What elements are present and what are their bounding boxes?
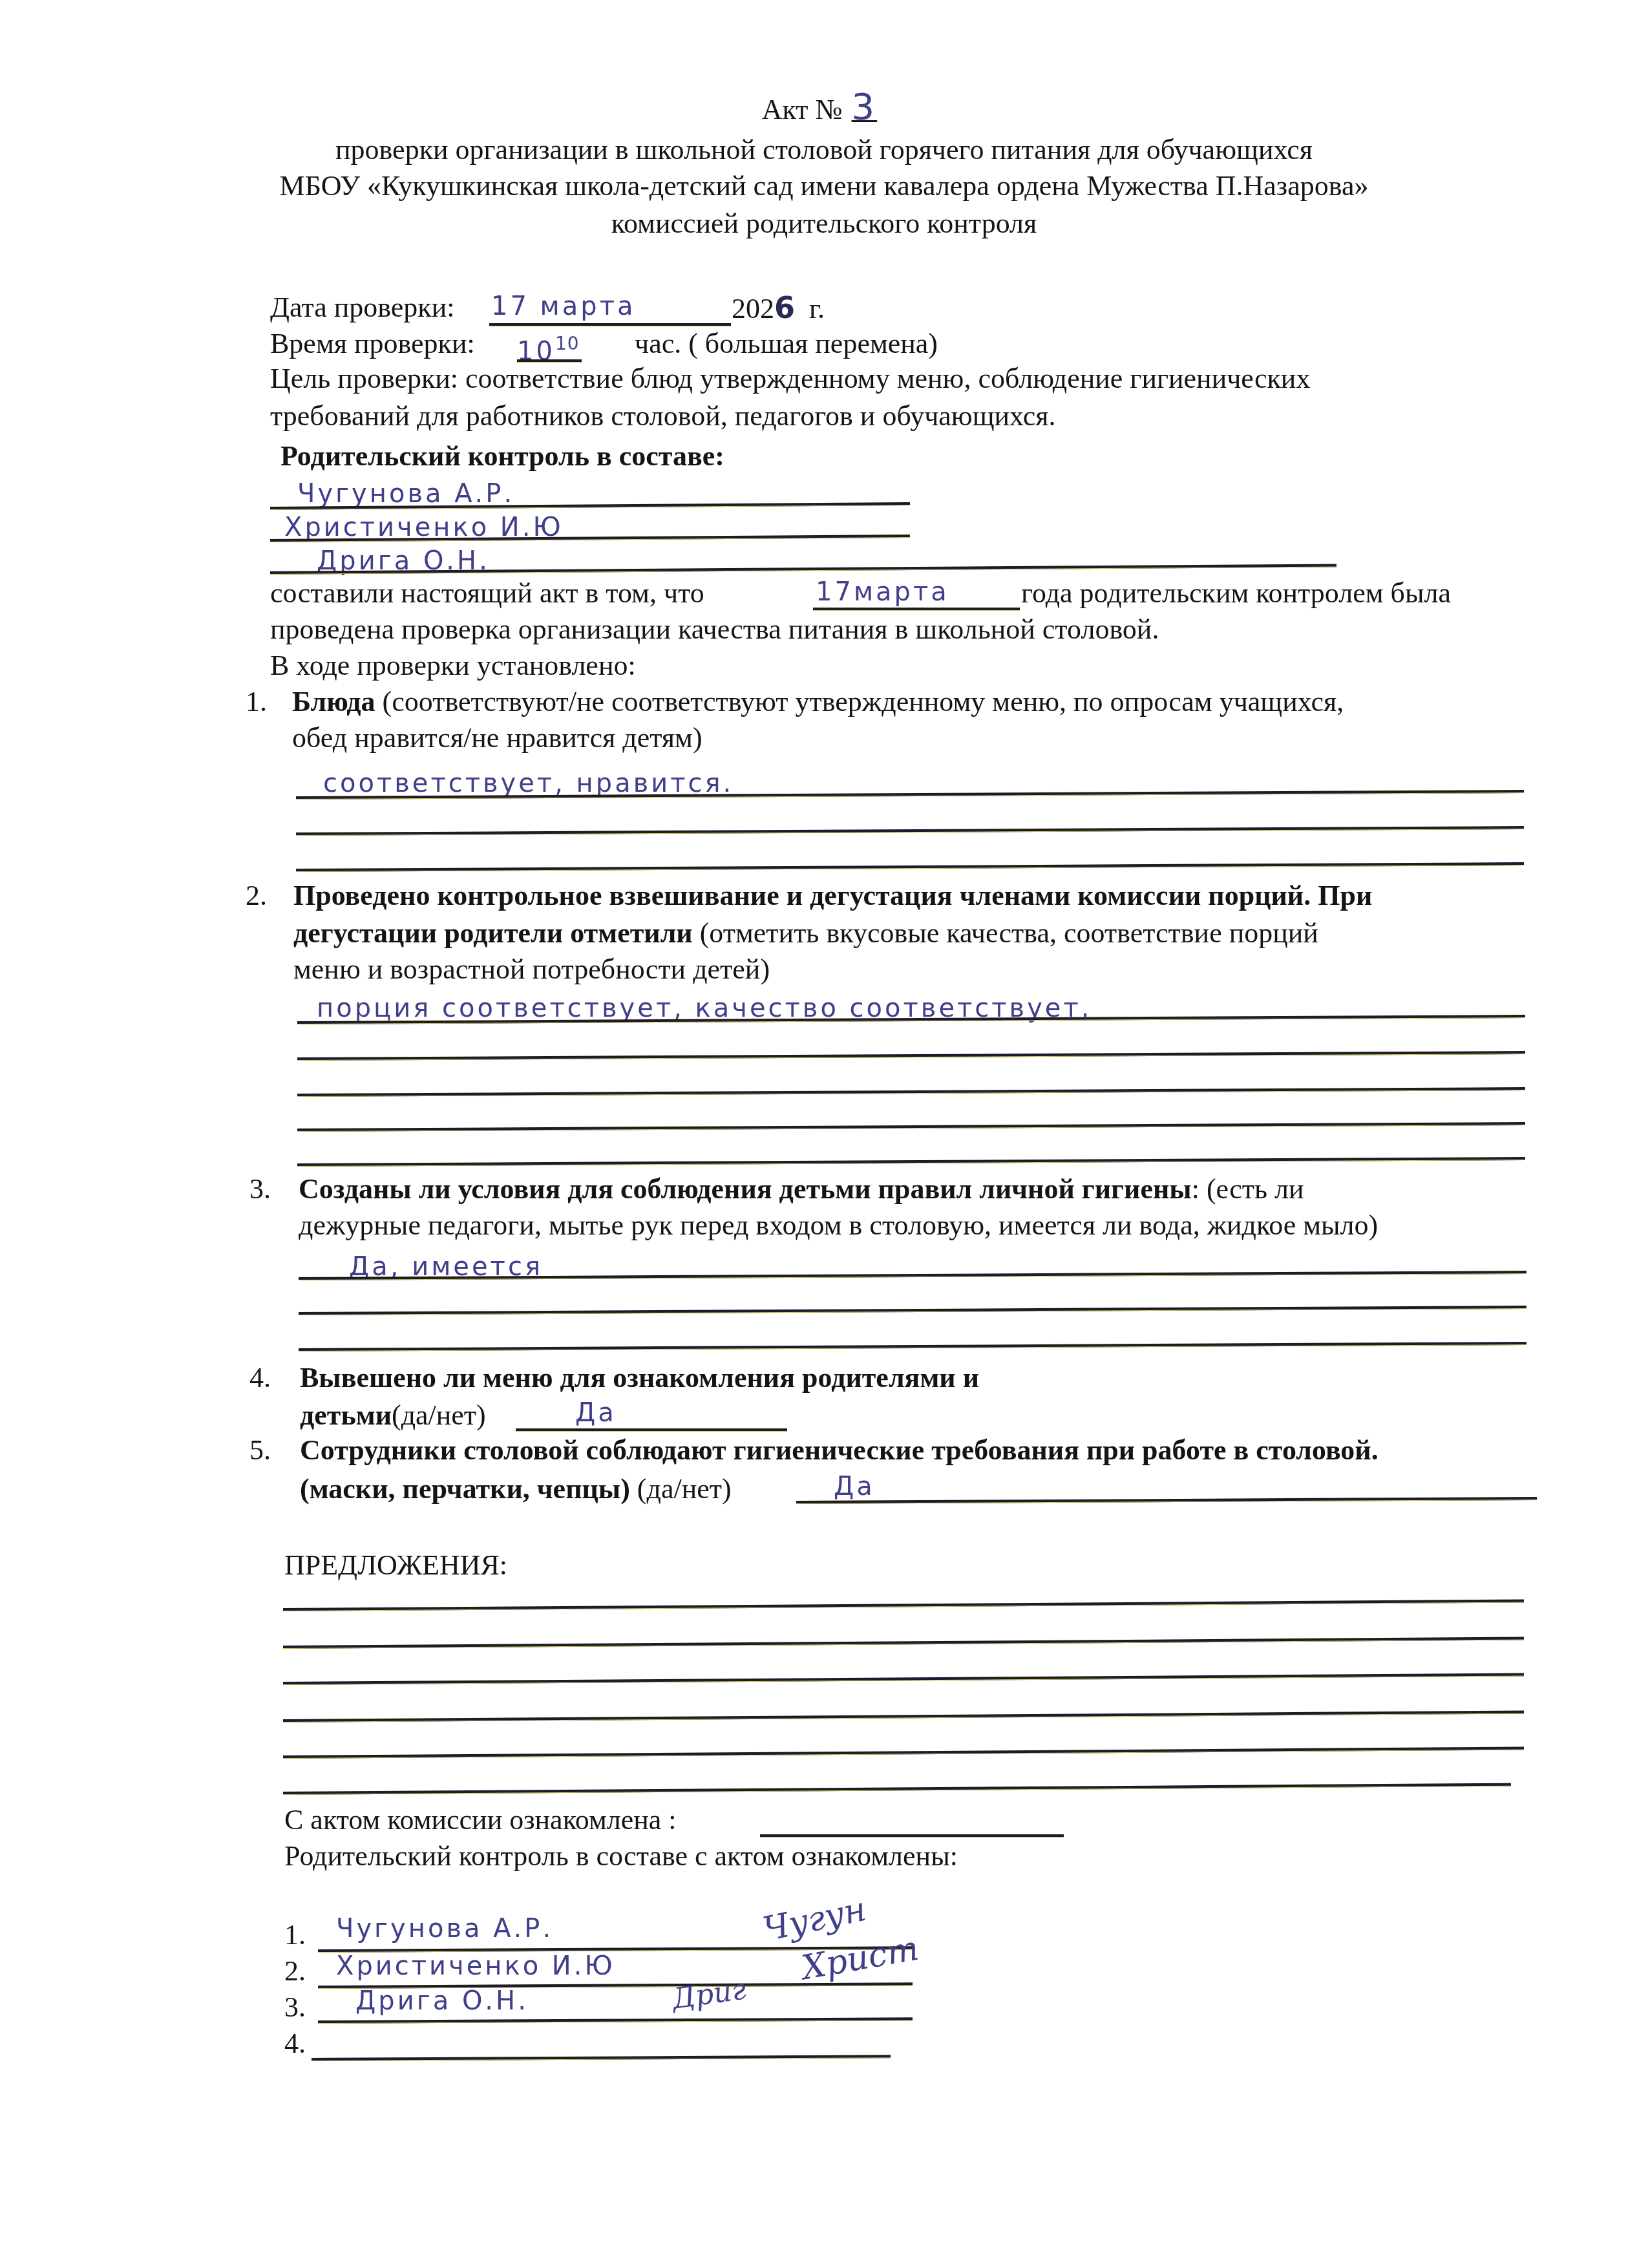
year: 2026 г. [732,291,825,326]
goal-line-1: Цель проверки: соответствие блюд утвержд… [270,362,1310,396]
item-5-answer-line [796,1497,1537,1504]
signer-1-name: Чугунова А.Р. [336,1912,553,1945]
item-2-text-3: меню и возрастной потребности детей) [293,953,770,986]
item-2-title: Проведено контрольное взвешивание и дегу… [293,879,1372,913]
act-subtitle-2: МБОУ «Кукушкинская школа-детский сад име… [0,169,1648,203]
item-1-title: Блюда [292,686,375,717]
year-prefix: 202 [732,293,774,324]
signer-4-line [312,2055,891,2061]
item-5-title: Сотрудники столовой соблюдают гигиеничес… [300,1434,1379,1467]
item-5-number: 5. [249,1434,271,1467]
statement-date-underline [813,608,1020,611]
item-3-question: Созданы ли условия для соблюдения детьми… [299,1172,1304,1206]
item-5-answer: Да [834,1470,875,1503]
item-4-question-2: детьми(да/нет) [300,1399,486,1432]
item-4-answer-line [516,1428,787,1432]
act-document: Акт №3 проверки организации в школьной с… [0,0,1648,2268]
signer-3-name: Дрига О.Н. [355,1984,529,2018]
item-3-line-2 [299,1306,1527,1315]
item-4-text-2: (да/нет) [392,1399,486,1431]
item-2-number: 2. [246,879,267,913]
date-label: Дата проверки: [270,291,454,324]
statement-prefix: составили настоящий акт в том, что [270,577,704,610]
item-1-number: 1. [246,685,267,719]
goal-line-2: требований для работников столовой, педа… [270,399,1056,433]
item-1-text-2: обед нравится/не нравится детям) [292,721,703,755]
act-title: Акт №3 [0,90,1648,127]
item-4-answer: Да [575,1396,617,1430]
item-1-text-1: (соответствуют/не соответствуют утвержде… [375,686,1344,717]
proposals-line-4 [283,1711,1524,1722]
signer-1-number: 1. [284,1918,306,1952]
item-2-text-2: (отметить вкусовые качества, соответстви… [693,917,1318,949]
item-1-line-3 [296,862,1524,872]
item-4-title: Вывешено ли меню для ознакомления родите… [300,1361,979,1395]
act-label: Акт № [762,94,843,125]
date-value: 17 марта [491,290,636,323]
year-suffix: г. [809,293,825,324]
proposals-line-2 [283,1637,1524,1649]
parents-ack-label: Родительский контроль в составе с актом … [284,1839,958,1873]
item-4-number: 4. [249,1361,271,1395]
statement-date: 17марта [816,575,949,609]
item-2-title-2: дегустации родители отметили [293,917,693,949]
time-label: Время проверки: [270,327,475,361]
item-2-line-4 [297,1122,1525,1132]
act-number: 3 [843,86,887,128]
item-5-text-2: (да/нет) [630,1473,732,1505]
item-3-title: Созданы ли условия для соблюдения детьми… [299,1173,1192,1205]
act-subtitle-3: комиссией родительского контроля [0,207,1648,240]
commission-heading: Родительский контроль в составе: [280,440,724,473]
proposals-line-6 [283,1783,1511,1795]
signer-3-number: 3. [284,1991,306,2024]
year-handwritten-digit: 6 [774,290,795,325]
item-2-question-2: дегустации родители отметили (отметить в… [293,917,1318,950]
signer-2-name: Христиченко И.Ю [336,1949,615,1983]
time-minutes: 10 [555,333,580,354]
commission-ack-label: С актом комиссии ознакомлена : [284,1803,677,1837]
item-2-line-5 [297,1157,1525,1167]
date-underline [489,323,731,326]
item-3-text-1: : (есть ли [1192,1173,1304,1205]
item-5-title-2: (маски, перчатки, чепцы) [300,1473,630,1505]
item-5-question-2: (маски, перчатки, чепцы) (да/нет) [300,1472,732,1506]
item-2-line-2 [297,1051,1525,1061]
act-subtitle-1: проверки организации в школьной столовой… [0,133,1648,167]
proposals-line-1 [283,1600,1524,1611]
statement-found: В ходе проверки установлено: [270,649,636,683]
proposals-heading: ПРЕДЛОЖЕНИЯ: [284,1549,507,1582]
proposals-line-3 [283,1673,1524,1685]
proposals-line-5 [283,1747,1524,1759]
signer-3-line [318,2017,913,2024]
signer-4-number: 4. [284,2027,306,2061]
item-1-question: Блюда (соответствуют/не соответствуют ут… [292,685,1344,719]
statement-suffix: года родительским контролем была [1021,577,1451,610]
item-3-text-2: дежурные педагоги, мытье рук перед входо… [299,1209,1378,1242]
item-3-line-3 [299,1342,1527,1351]
item-3-number: 3. [249,1172,271,1206]
item-1-line-2 [296,826,1524,836]
item-4-title-2: детьми [300,1399,392,1431]
signer-2-number: 2. [284,1955,306,1988]
commission-ack-line [760,1834,1064,1838]
time-suffix: час. ( большая перемена) [635,327,938,361]
item-2-line-3 [297,1087,1525,1097]
statement-line-2: проведена проверка организации качества … [270,613,1159,646]
signer-3-signature: Дриг [670,1973,748,2015]
